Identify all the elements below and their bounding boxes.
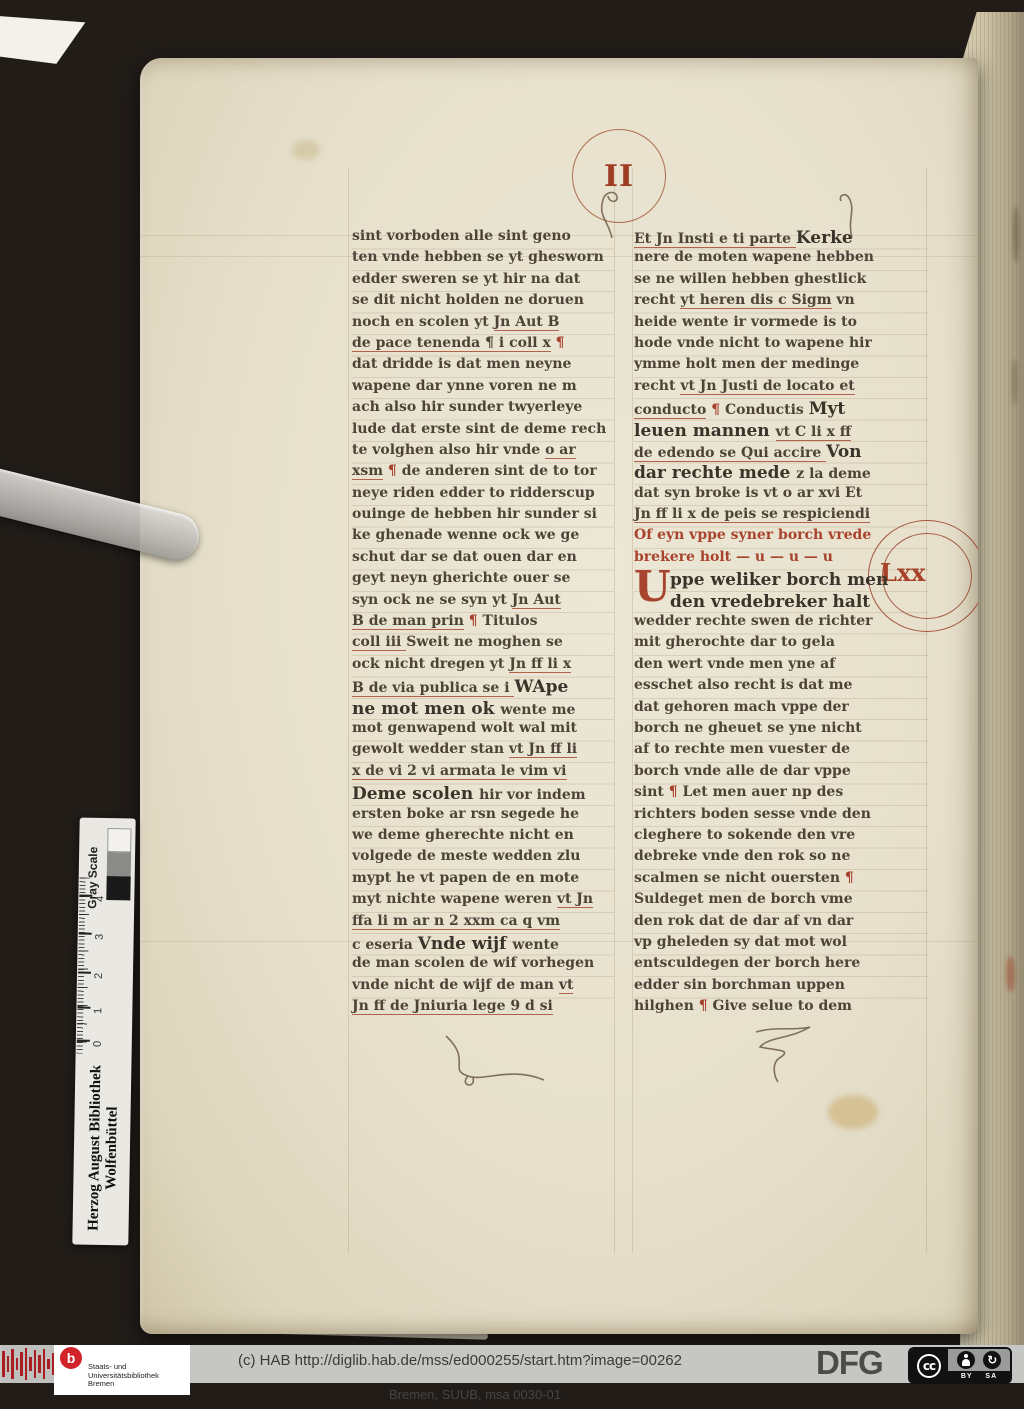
foxing-stain xyxy=(292,140,320,160)
manuscript-text-line: vnde nicht de wijf de man vt xyxy=(352,977,614,998)
ruler-major-tick xyxy=(78,972,91,974)
ruling-vertical xyxy=(348,168,349,1253)
table-paper-corner xyxy=(0,14,88,66)
manuscript-text-line: borch vnde alle de dar vppe xyxy=(634,763,928,784)
text-column-left: sint vorboden alle sint genoten vnde heb… xyxy=(352,228,614,1019)
manuscript-text-line: B de via publica se i WApe xyxy=(352,677,614,698)
manuscript-text-line: scalmen se nicht ouersten ¶ xyxy=(634,870,928,891)
fore-edge-red-mark xyxy=(1006,956,1015,992)
cc-by-label: BY xyxy=(961,1373,973,1380)
gray-scale-swatch-white xyxy=(107,828,131,852)
ruler-number: 4 xyxy=(94,888,106,902)
hab-library-line2: Wolfenbüttel xyxy=(102,1053,122,1243)
manuscript-text-line: mit gherochte dar to gela xyxy=(634,634,928,655)
manuscript-text-line: Jn ff de Jniuria lege 9 d si xyxy=(352,998,614,1019)
manuscript-text-line: ouinge de hebben hir sunder si xyxy=(352,506,614,527)
manuscript-text-line: B de man prin ¶ Titulos xyxy=(352,613,614,634)
manuscript-text-line: schut dar se dat ouen dar en xyxy=(352,549,614,570)
manuscript-text-line: ach also hir sunder twyerleye xyxy=(352,399,614,420)
manuscript-text-line: vp gheleden sy dat mot wol xyxy=(634,934,928,955)
manuscript-text-line: recht vt Jn Justi de locato et xyxy=(634,378,928,399)
copyright-url: (c) HAB http://diglib.hab.de/mss/ed00025… xyxy=(0,1352,920,1369)
manuscript-text-line: esschet also recht is dat me xyxy=(634,677,928,698)
suub-line3: Bremen xyxy=(88,1380,159,1389)
manuscript-text-line: den rok dat de dar af vn dar xyxy=(634,913,928,934)
manuscript-text-line: te volghen also hir vnde o ar xyxy=(352,442,614,463)
cc-attribute-icons: ↻ xyxy=(948,1349,1010,1371)
cc-icon: cc xyxy=(917,1354,941,1378)
cc-license-badge: cc ↻ BY SA xyxy=(908,1347,1012,1384)
ruler-major-tick xyxy=(79,933,92,935)
ruler-number: 1 xyxy=(92,1000,104,1014)
pen-flourish-top-left xyxy=(580,188,634,240)
manuscript-text-line: ne mot men ok wente me xyxy=(352,699,614,720)
manuscript-text-line: edder sin borchman uppen xyxy=(634,977,928,998)
ruler: 43210 xyxy=(80,818,136,819)
manuscript-text-line: sint vorboden alle sint geno xyxy=(352,228,614,249)
manuscript-text-line: syn ock ne se syn yt Jn Aut xyxy=(352,592,614,613)
manuscript-text-line: den wert vnde men yne af xyxy=(634,656,928,677)
manuscript-text-line: de man scolen de wif vorhegen xyxy=(352,955,614,976)
manuscript-text-line: Uppe weliker borch men xyxy=(634,570,928,591)
manuscript-text-line: dar rechte mede z la deme xyxy=(634,463,928,484)
pen-flourish-top-right xyxy=(830,192,872,240)
ruler-mid-ticks xyxy=(77,878,90,1054)
manuscript-text-line: Suldeget men de borch vme xyxy=(634,891,928,912)
manuscript-text-line: Et Jn Insti e ti parte Kerke xyxy=(634,228,928,249)
ruler-number: 2 xyxy=(93,965,105,979)
manuscript-text-line: entsculdegen der borch here xyxy=(634,955,928,976)
manuscript-text-line: dat gehoren mach vppe der xyxy=(634,699,928,720)
manuscript-text-line: dat syn broke is vt o ar xvi Et xyxy=(634,485,928,506)
manuscript-text-line: de edendo se Qui accire Von xyxy=(634,442,928,463)
fore-edge-smudge xyxy=(1012,358,1017,406)
shelfmark: Bremen, SUUB, msa 0030-01 xyxy=(200,1387,750,1402)
manuscript-text-line: hode vnde nicht to wapene hir xyxy=(634,335,928,356)
manuscript-text-line: c eseria Vnde wijf wente xyxy=(352,934,614,955)
manuscript-text-line: Deme scolen hir vor indem xyxy=(352,784,614,805)
manuscript-text-line: geyt neyn gherichte ouer se xyxy=(352,570,614,591)
manuscript-text-line: coll iii Sweit ne moghen se xyxy=(352,634,614,655)
manuscript-text-line: cleghere to sokende den vre xyxy=(634,827,928,848)
manuscript-text-line: mypt he vt papen de en mote xyxy=(352,870,614,891)
manuscript-text-line: se ne willen hebben ghestlick xyxy=(634,271,928,292)
manuscript-text-line: recht yt heren dis c Sigm vn xyxy=(634,292,928,313)
manuscript-page: II Lxx sint vorboden alle sint genoten v… xyxy=(140,58,978,1334)
manuscript-text-line: ke ghenade wenne ock we ge xyxy=(352,527,614,548)
hab-library-line1: Herzog August Bibliothek xyxy=(85,1053,105,1243)
manuscript-text-line: lude dat erste sint de deme rech xyxy=(352,421,614,442)
photo-canvas: II Lxx sint vorboden alle sint genoten v… xyxy=(0,0,1024,1409)
ruler-major-tick xyxy=(79,895,92,897)
ruling-vertical xyxy=(632,168,633,1253)
manuscript-text-line: ffa li m ar n 2 xxm ca q vm xyxy=(352,913,614,934)
text-column-right: Et Jn Insti e ti parte Kerkenere de mote… xyxy=(634,228,928,1019)
manuscript-text-line: x de vi 2 vi armata le vim vi xyxy=(352,763,614,784)
cc-attributes-section: ↻ BY SA xyxy=(948,1349,1010,1382)
manuscript-text-line: Jn ff li x de peis se respiciendi xyxy=(634,506,928,527)
gray-scale-swatch-black xyxy=(106,876,130,900)
fore-edge-smudge xyxy=(1013,205,1019,263)
manuscript-text-line: neye riden edder to ridderscup xyxy=(352,485,614,506)
ruler-number: 3 xyxy=(94,926,106,940)
pen-flourish-bottom-right xyxy=(746,1024,822,1088)
manuscript-text-line: gewolt wedder stan vt Jn ff li xyxy=(352,741,614,762)
ruling-vertical xyxy=(614,168,615,1253)
manuscript-text-line: Of eyn vppe syner borch vrede xyxy=(634,527,928,548)
manuscript-text-line: brekere holt — u — u — u xyxy=(634,549,928,570)
manuscript-text-line: noch en scolen yt Jn Aut B xyxy=(352,314,614,335)
foxing-stain xyxy=(828,1095,878,1129)
manuscript-text-line: borch ne gheuet se yne nicht xyxy=(634,720,928,741)
manuscript-text-line: conducto ¶ Conductis Myt xyxy=(634,399,928,420)
manuscript-text-line: den vredebreker halt xyxy=(634,592,928,613)
manuscript-text-line: ock nicht dregen yt Jn ff li x xyxy=(352,656,614,677)
manuscript-text-line: mot genwapend wolt wal mit xyxy=(352,720,614,741)
manuscript-text-line: af to rechte men vuester de xyxy=(634,741,928,762)
cc-by-person-icon xyxy=(957,1351,975,1369)
manuscript-text-line: xsm ¶ de anderen sint de to tor xyxy=(352,463,614,484)
cc-sa-label: SA xyxy=(985,1373,997,1380)
manuscript-text-line: ten vnde hebben se yt ghesworn xyxy=(352,249,614,270)
manuscript-text-line: debreke vnde den rok so ne xyxy=(634,848,928,869)
manuscript-text-line: nere de moten wapene hebben xyxy=(634,249,928,270)
cc-sa-arrow-icon: ↻ xyxy=(983,1351,1001,1369)
ruler-major-tick xyxy=(77,1007,90,1009)
manuscript-text-line: wapene dar ynne voren ne m xyxy=(352,378,614,399)
cc-logo-section: cc xyxy=(910,1349,948,1382)
dfg-logo: DFG xyxy=(816,1344,883,1382)
manuscript-text-line: richters boden sesse vnde den xyxy=(634,806,928,827)
gray-scale-swatch-gray xyxy=(107,852,131,876)
manuscript-text-line: ymme holt men der medinge xyxy=(634,356,928,377)
manuscript-text-line: de pace tenenda ¶ i coll x ¶ xyxy=(352,335,614,356)
manuscript-text-line: leuen mannen vt C li x ff xyxy=(634,421,928,442)
manuscript-text-line: volgede de meste wedden zlu xyxy=(352,848,614,869)
manuscript-text-line: hilghen ¶ Give selue to dem xyxy=(634,998,928,1019)
manuscript-text-line: we deme gherechte nicht en xyxy=(352,827,614,848)
manuscript-text-line: wedder rechte swen de richter xyxy=(634,613,928,634)
cc-attribute-labels: BY SA xyxy=(948,1371,1010,1382)
calibration-card: Gray Scale 43210 Herzog August Bibliothe… xyxy=(72,818,135,1246)
manuscript-text-line: se dit nicht holden ne doruen xyxy=(352,292,614,313)
manuscript-text-line: sint ¶ Let men auer np des xyxy=(634,784,928,805)
manuscript-text-line: myt nichte wapene weren vt Jn xyxy=(352,891,614,912)
ruler-number: 0 xyxy=(92,1033,104,1047)
manuscript-text-line: dat dridde is dat men neyne xyxy=(352,356,614,377)
hab-library-label: Herzog August Bibliothek Wolfenbüttel xyxy=(85,1053,122,1244)
manuscript-text-line: ersten boke ar rsn segede he xyxy=(352,806,614,827)
pen-flourish-bottom-left xyxy=(438,1026,558,1090)
manuscript-text-line: heide wente ir vormede is to xyxy=(634,314,928,335)
ruler-major-tick xyxy=(77,1040,90,1042)
manuscript-text-line: edder sweren se yt hir na dat xyxy=(352,271,614,292)
